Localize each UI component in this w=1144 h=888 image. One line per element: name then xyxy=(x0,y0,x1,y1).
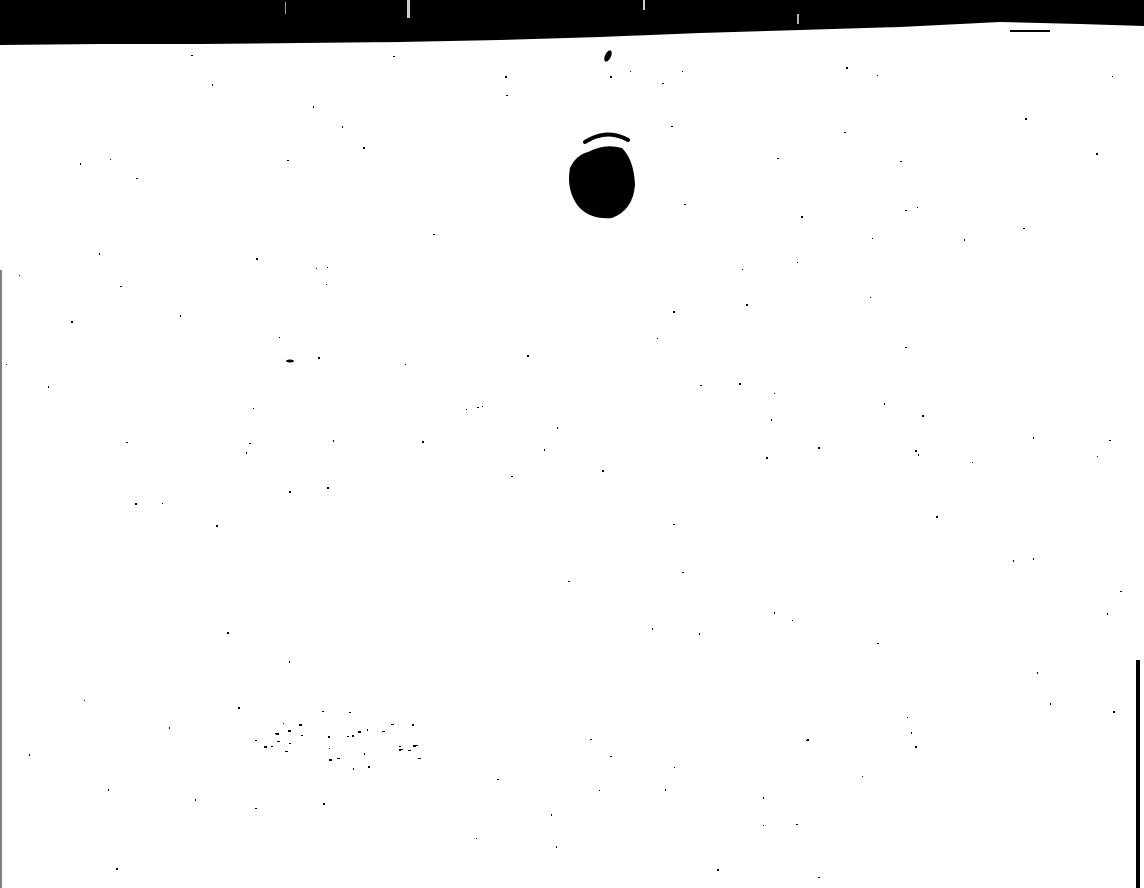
background xyxy=(0,0,1144,888)
left-edge-shadow xyxy=(0,270,2,888)
band-line xyxy=(285,2,286,14)
band-fleck xyxy=(1010,30,1050,32)
band-line xyxy=(797,14,799,24)
band-line xyxy=(407,0,410,18)
band-line xyxy=(643,0,645,10)
right-edge-shadow xyxy=(1136,660,1140,888)
photo-scene xyxy=(0,0,1144,888)
